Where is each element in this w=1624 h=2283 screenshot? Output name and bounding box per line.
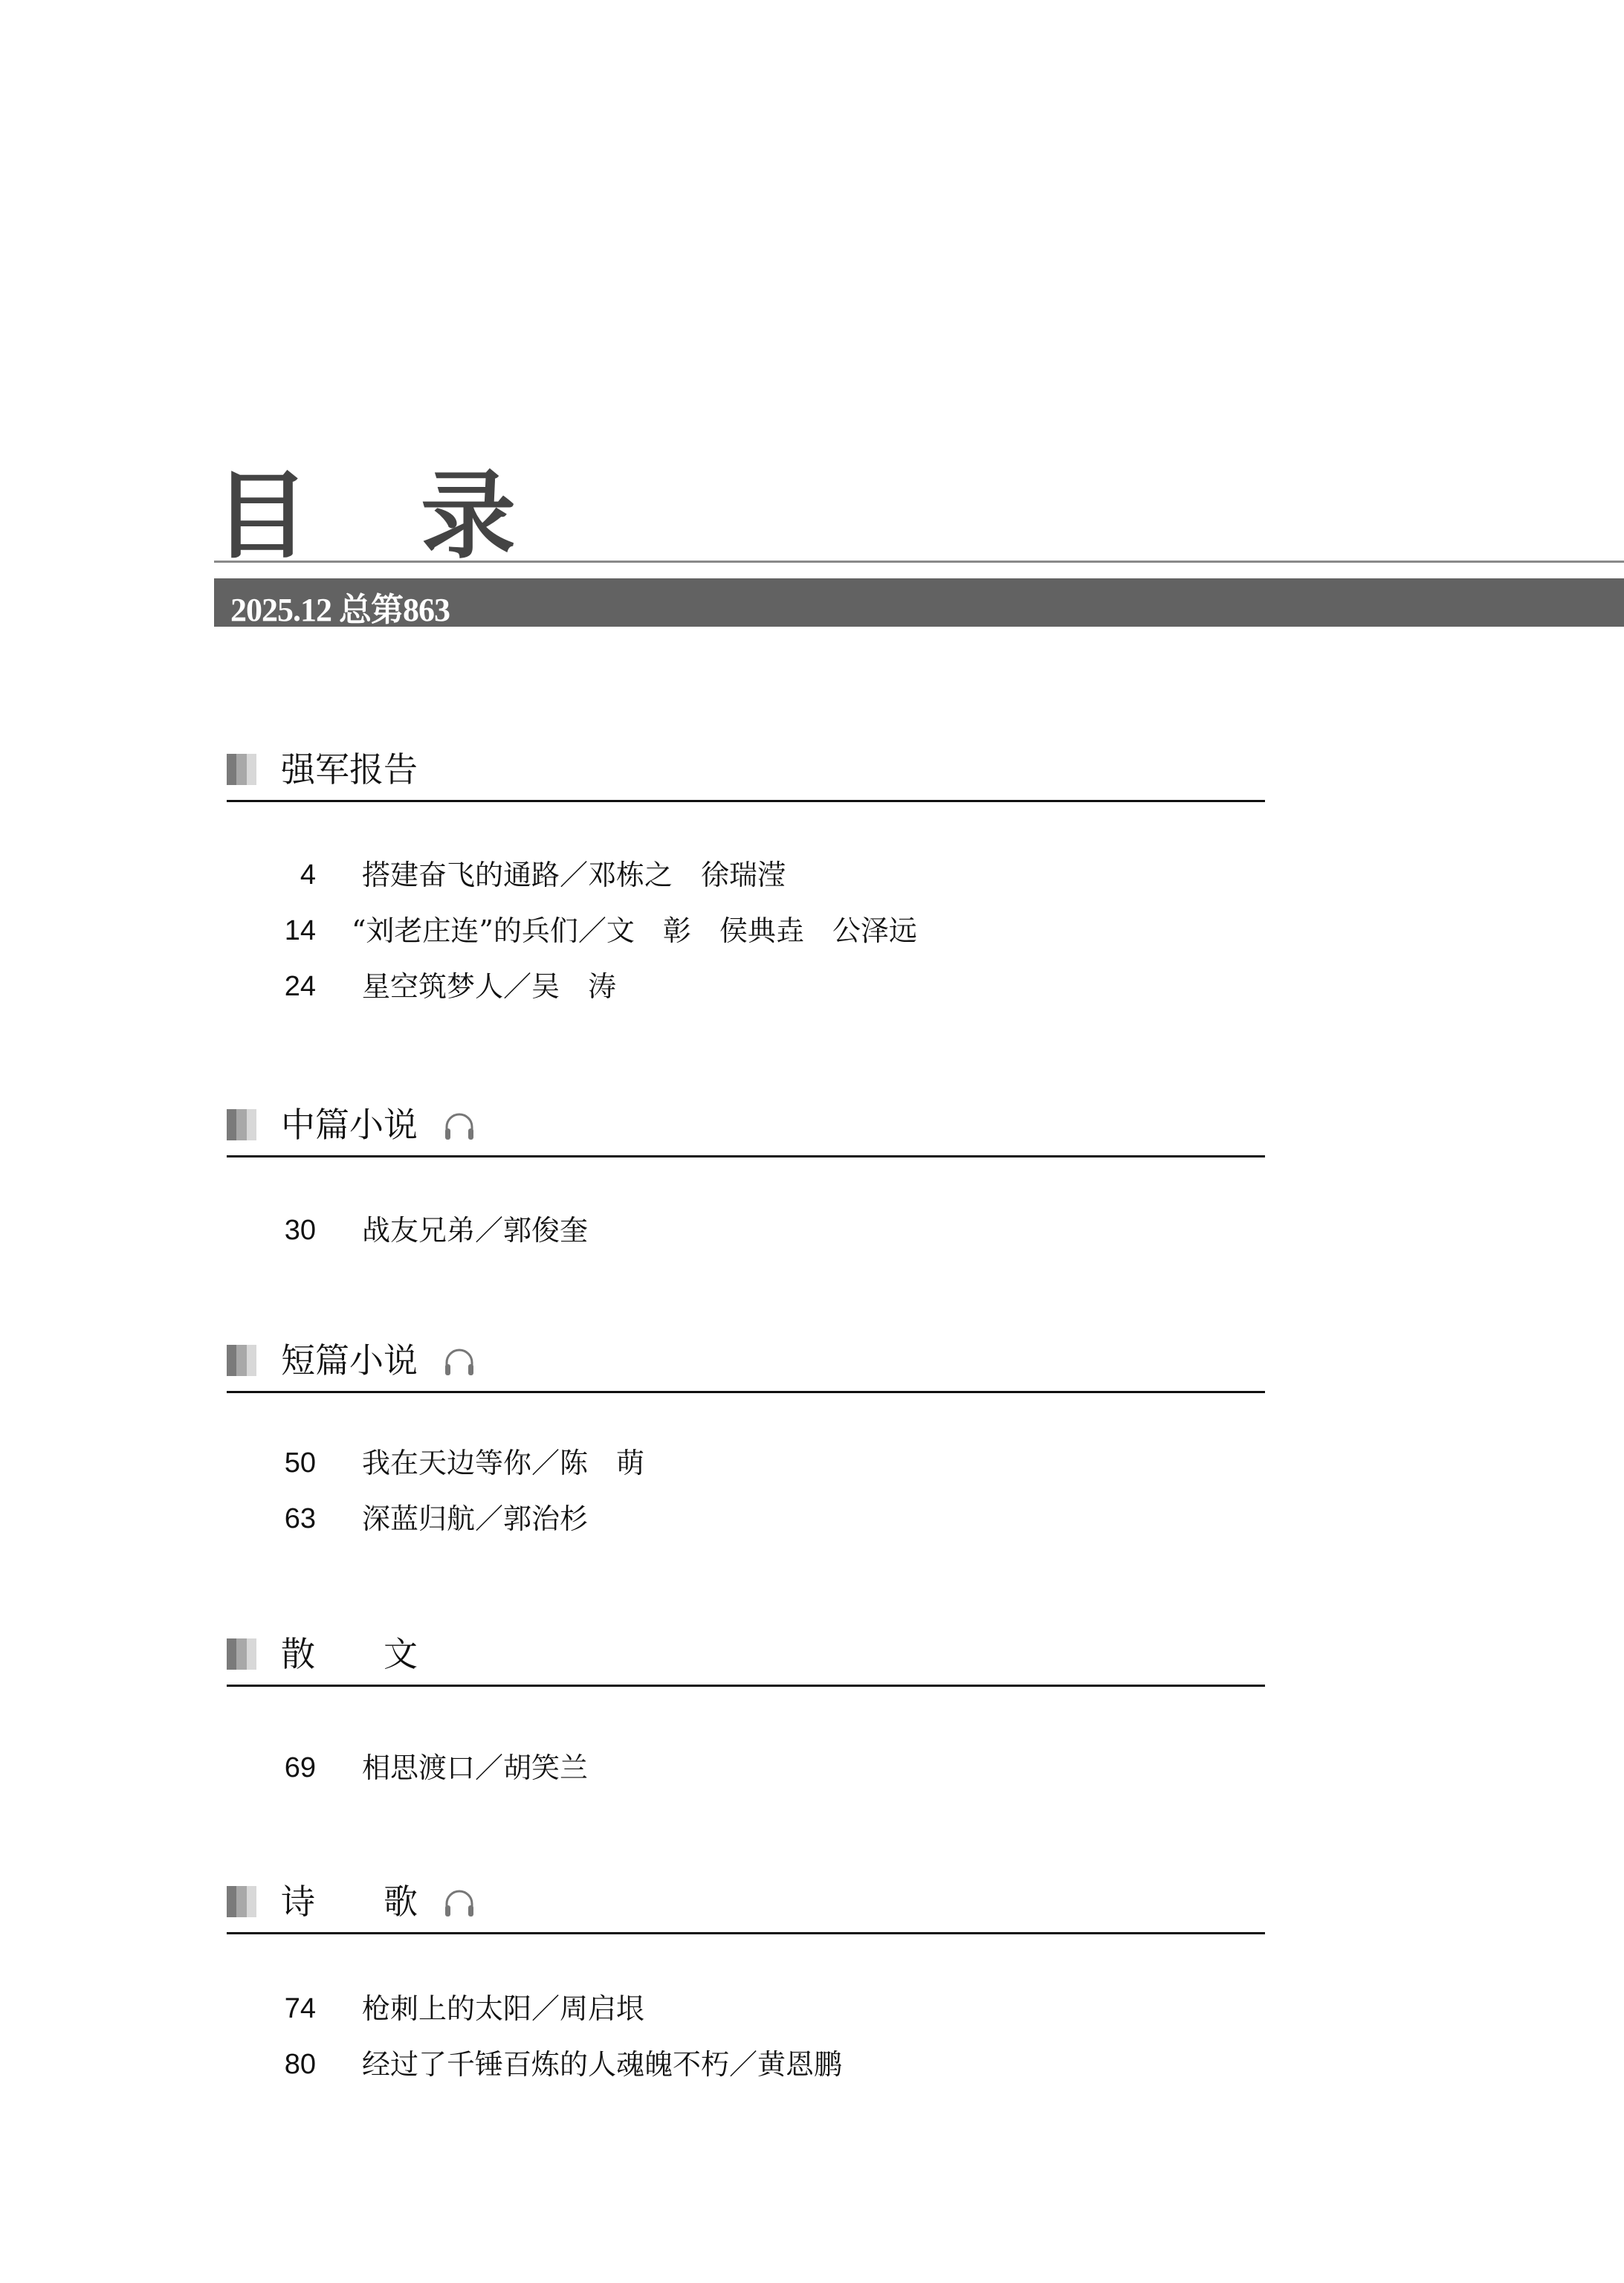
section-title: 强军报告 [281,748,418,791]
section-shige: 诗 歌 74 枪刺上的太阳／周启垠 80 经过了千锤百炼的人魂魄不朽／黄恩鹏 [227,1876,1265,1928]
section-header: 诗 歌 [227,1876,1265,1928]
entry-title: 相思渡口／胡笑兰 [362,1749,588,1786]
section-header: 强军报告 [227,743,1265,795]
entry-title: 战友兄弟／郭俊奎 [362,1212,588,1249]
entry-title: 枪刺上的太阳／周启垠 [362,1990,644,2027]
section-divider [227,1932,1265,1934]
section-marker-icon [227,1109,256,1140]
page-number: 24 [256,968,316,1005]
entry-title: “刘老庄连”的兵们／文 彰 侯典垚 公泽远 [352,912,917,949]
headphones-icon[interactable] [442,1888,476,1919]
title-char-mu: 目 [214,468,309,564]
title-char-lu: 录 [421,468,516,564]
section-divider [227,1391,1265,1393]
entry-title: 我在天边等你／陈 萌 [362,1444,644,1482]
page-number: 69 [256,1749,316,1786]
entry-title: 星空筑梦人／吴 涛 [362,968,616,1005]
section-divider [227,1685,1265,1687]
entry-title: 深蓝归航／郭治杉 [362,1500,588,1537]
section-title: 中篇小说 [281,1103,418,1146]
entry-title: 搭建奋飞的通路／邓栋之 徐瑞滢 [362,856,786,894]
section-qiangjun-baogao: 强军报告 4 搭建奋飞的通路／邓栋之 徐瑞滢 14 “刘老庄连”的兵们／文 彰 … [227,743,1265,795]
section-marker-icon [227,754,256,785]
headphones-icon[interactable] [442,1111,476,1142]
issue-band: 2025.12 总第863 [214,578,1624,627]
headphones-icon[interactable] [442,1346,476,1378]
section-sanwen: 散 文 69 相思渡口／胡笑兰 [227,1628,1265,1680]
page-number: 63 [256,1500,316,1537]
section-zhongpian-xiaoshuo: 中篇小说 30 战友兄弟／郭俊奎 [227,1099,1265,1151]
page-number: 14 [256,912,316,949]
section-title: 散 文 [281,1633,418,1676]
entry-title: 经过了千锤百炼的人魂魄不朽／黄恩鹏 [362,2046,842,2083]
section-marker-icon [227,1345,256,1376]
section-duanpian-xiaoshuo: 短篇小说 50 我在天边等你／陈 萌 63 深蓝归航／郭治杉 [227,1334,1265,1386]
page-number: 80 [256,2046,316,2083]
section-header: 短篇小说 [227,1334,1265,1386]
section-marker-icon [227,1886,256,1917]
issue-label: 2025.12 总第863 [230,583,450,630]
section-header: 中篇小说 [227,1099,1265,1151]
page-title: 目 录 [214,452,516,564]
page-number: 50 [256,1444,316,1482]
section-marker-icon [227,1638,256,1670]
section-title: 诗 歌 [281,1880,418,1923]
section-title: 短篇小说 [281,1339,418,1382]
title-rule [214,561,1624,563]
section-header: 散 文 [227,1628,1265,1680]
section-divider [227,800,1265,802]
section-divider [227,1155,1265,1157]
page-number: 4 [256,856,316,894]
page-number: 30 [256,1212,316,1249]
page-number: 74 [256,1990,316,2027]
